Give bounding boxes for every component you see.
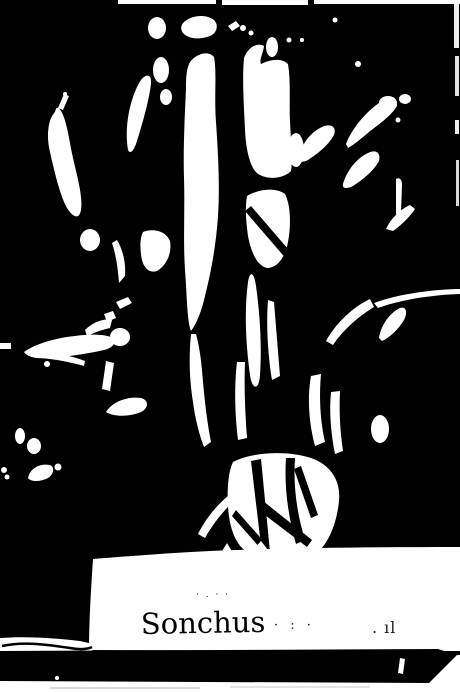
highlight-blob xyxy=(63,92,67,96)
stem-highlight xyxy=(243,45,292,178)
highlight-blob xyxy=(249,31,254,36)
highlight-blob xyxy=(396,118,401,123)
highlight-blob xyxy=(240,25,246,31)
highlight-blob xyxy=(300,38,304,42)
label-faded-upper-text: · . · · xyxy=(196,590,230,600)
page-margin xyxy=(222,0,308,5)
photo-page: · . · · Sonchus · : · . ıl xyxy=(0,0,460,692)
highlight-blob xyxy=(5,475,10,480)
page-margin xyxy=(454,4,459,48)
bottom-bar-highlight xyxy=(55,676,59,680)
highlight-blob xyxy=(333,18,338,23)
highlight-blob xyxy=(27,438,41,454)
highlight-blob xyxy=(0,343,11,349)
highlight-blob xyxy=(148,17,166,39)
label-card: · . · · Sonchus · : · . ıl xyxy=(89,547,460,651)
highlight-blob xyxy=(110,328,130,346)
highlight-blob xyxy=(80,229,100,251)
highlight-blob xyxy=(153,57,169,83)
highlight-blob xyxy=(379,96,397,110)
page-margin xyxy=(455,56,459,96)
highlight-blob xyxy=(44,361,50,367)
label-genus-text: Sonchus xyxy=(141,605,266,641)
tangle-highlight xyxy=(228,453,340,559)
highlight-blob xyxy=(266,37,278,57)
highlight-blob xyxy=(287,38,292,43)
bottom-bar xyxy=(0,649,457,683)
plant-specimen-photo: · . · · Sonchus · : · . ıl xyxy=(0,0,460,692)
page-margin xyxy=(314,0,460,4)
highlight-blob xyxy=(55,464,62,471)
label-faded-right-text: . ıl xyxy=(372,618,396,637)
highlight-blob xyxy=(399,94,411,104)
highlight-blob xyxy=(355,61,361,67)
highlight-blob xyxy=(15,428,25,444)
highlight-blob xyxy=(160,89,172,105)
page-margin xyxy=(456,160,459,206)
scan-speckle xyxy=(50,687,200,689)
highlight-blob xyxy=(371,415,389,443)
scan-speckle xyxy=(230,686,370,688)
page-margin xyxy=(118,0,216,4)
page-margin xyxy=(455,120,459,134)
highlight-blob xyxy=(1,467,7,473)
label-faded-middle-text: · : · xyxy=(274,618,315,633)
